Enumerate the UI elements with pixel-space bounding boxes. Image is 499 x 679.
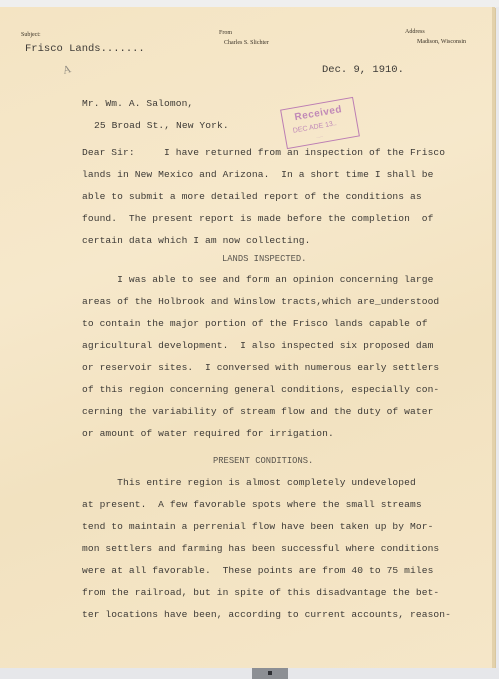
body-line: This entire region is almost completely …: [82, 477, 416, 488]
subject-value: Frisco Lands.......: [25, 43, 145, 55]
body-line: were at all favorable. These points are …: [82, 565, 433, 576]
body-line: able to submit a more detailed report of…: [82, 191, 422, 202]
stamp-text-small: ......: [316, 133, 323, 139]
body-line: mon settlers and farming has been succes…: [82, 543, 439, 554]
body-line: tend to maintain a perrenial flow have b…: [82, 521, 433, 532]
from-value: Charles S. Slichter: [224, 40, 269, 46]
body-line: I was able to see and form an opinion co…: [82, 274, 433, 285]
scan-background-bottom: [0, 668, 499, 679]
body-line: areas of the Holbrook and Winslow tracts…: [82, 296, 439, 307]
body-line: agricultural development. I also inspect…: [82, 340, 433, 351]
section-heading-lands-inspected: LANDS INSPECTED.: [222, 254, 306, 264]
recipient-address: 25 Broad St., New York.: [94, 120, 229, 131]
body-line: Dear Sir: I have returned from an inspec…: [82, 147, 445, 158]
letter-date: Dec. 9, 1910.: [322, 64, 404, 76]
subject-label: Subject:: [21, 32, 41, 38]
body-line: of this region concerning general condit…: [82, 384, 439, 395]
body-line: certain data which I am now collecting.: [82, 235, 310, 246]
body-line: ter locations have been, according to cu…: [82, 609, 451, 620]
body-line: to contain the major portion of the Fris…: [82, 318, 428, 329]
recipient-name: Mr. Wm. A. Salomon,: [82, 98, 193, 109]
body-line: or reservoir sites. I conversed with num…: [82, 362, 439, 373]
body-line: cerning the variability of stream flow a…: [82, 406, 433, 417]
address-label: Address: [405, 29, 425, 35]
body-line: or amount of water required for irrigati…: [82, 428, 334, 439]
address-value: Madison, Wisconsin: [417, 39, 466, 45]
scan-background-top: [0, 0, 499, 7]
section-heading-present-conditions: PRESENT CONDITIONS.: [213, 456, 313, 466]
body-line: from the railroad, but in spite of this …: [82, 587, 439, 598]
body-line: at present. A few favorable spots where …: [82, 499, 422, 510]
body-line: lands in New Mexico and Arizona. In a sh…: [82, 169, 433, 180]
binder-clip: [252, 668, 288, 679]
from-label: From: [219, 30, 232, 36]
body-line: found. The present report is made before…: [82, 213, 433, 224]
